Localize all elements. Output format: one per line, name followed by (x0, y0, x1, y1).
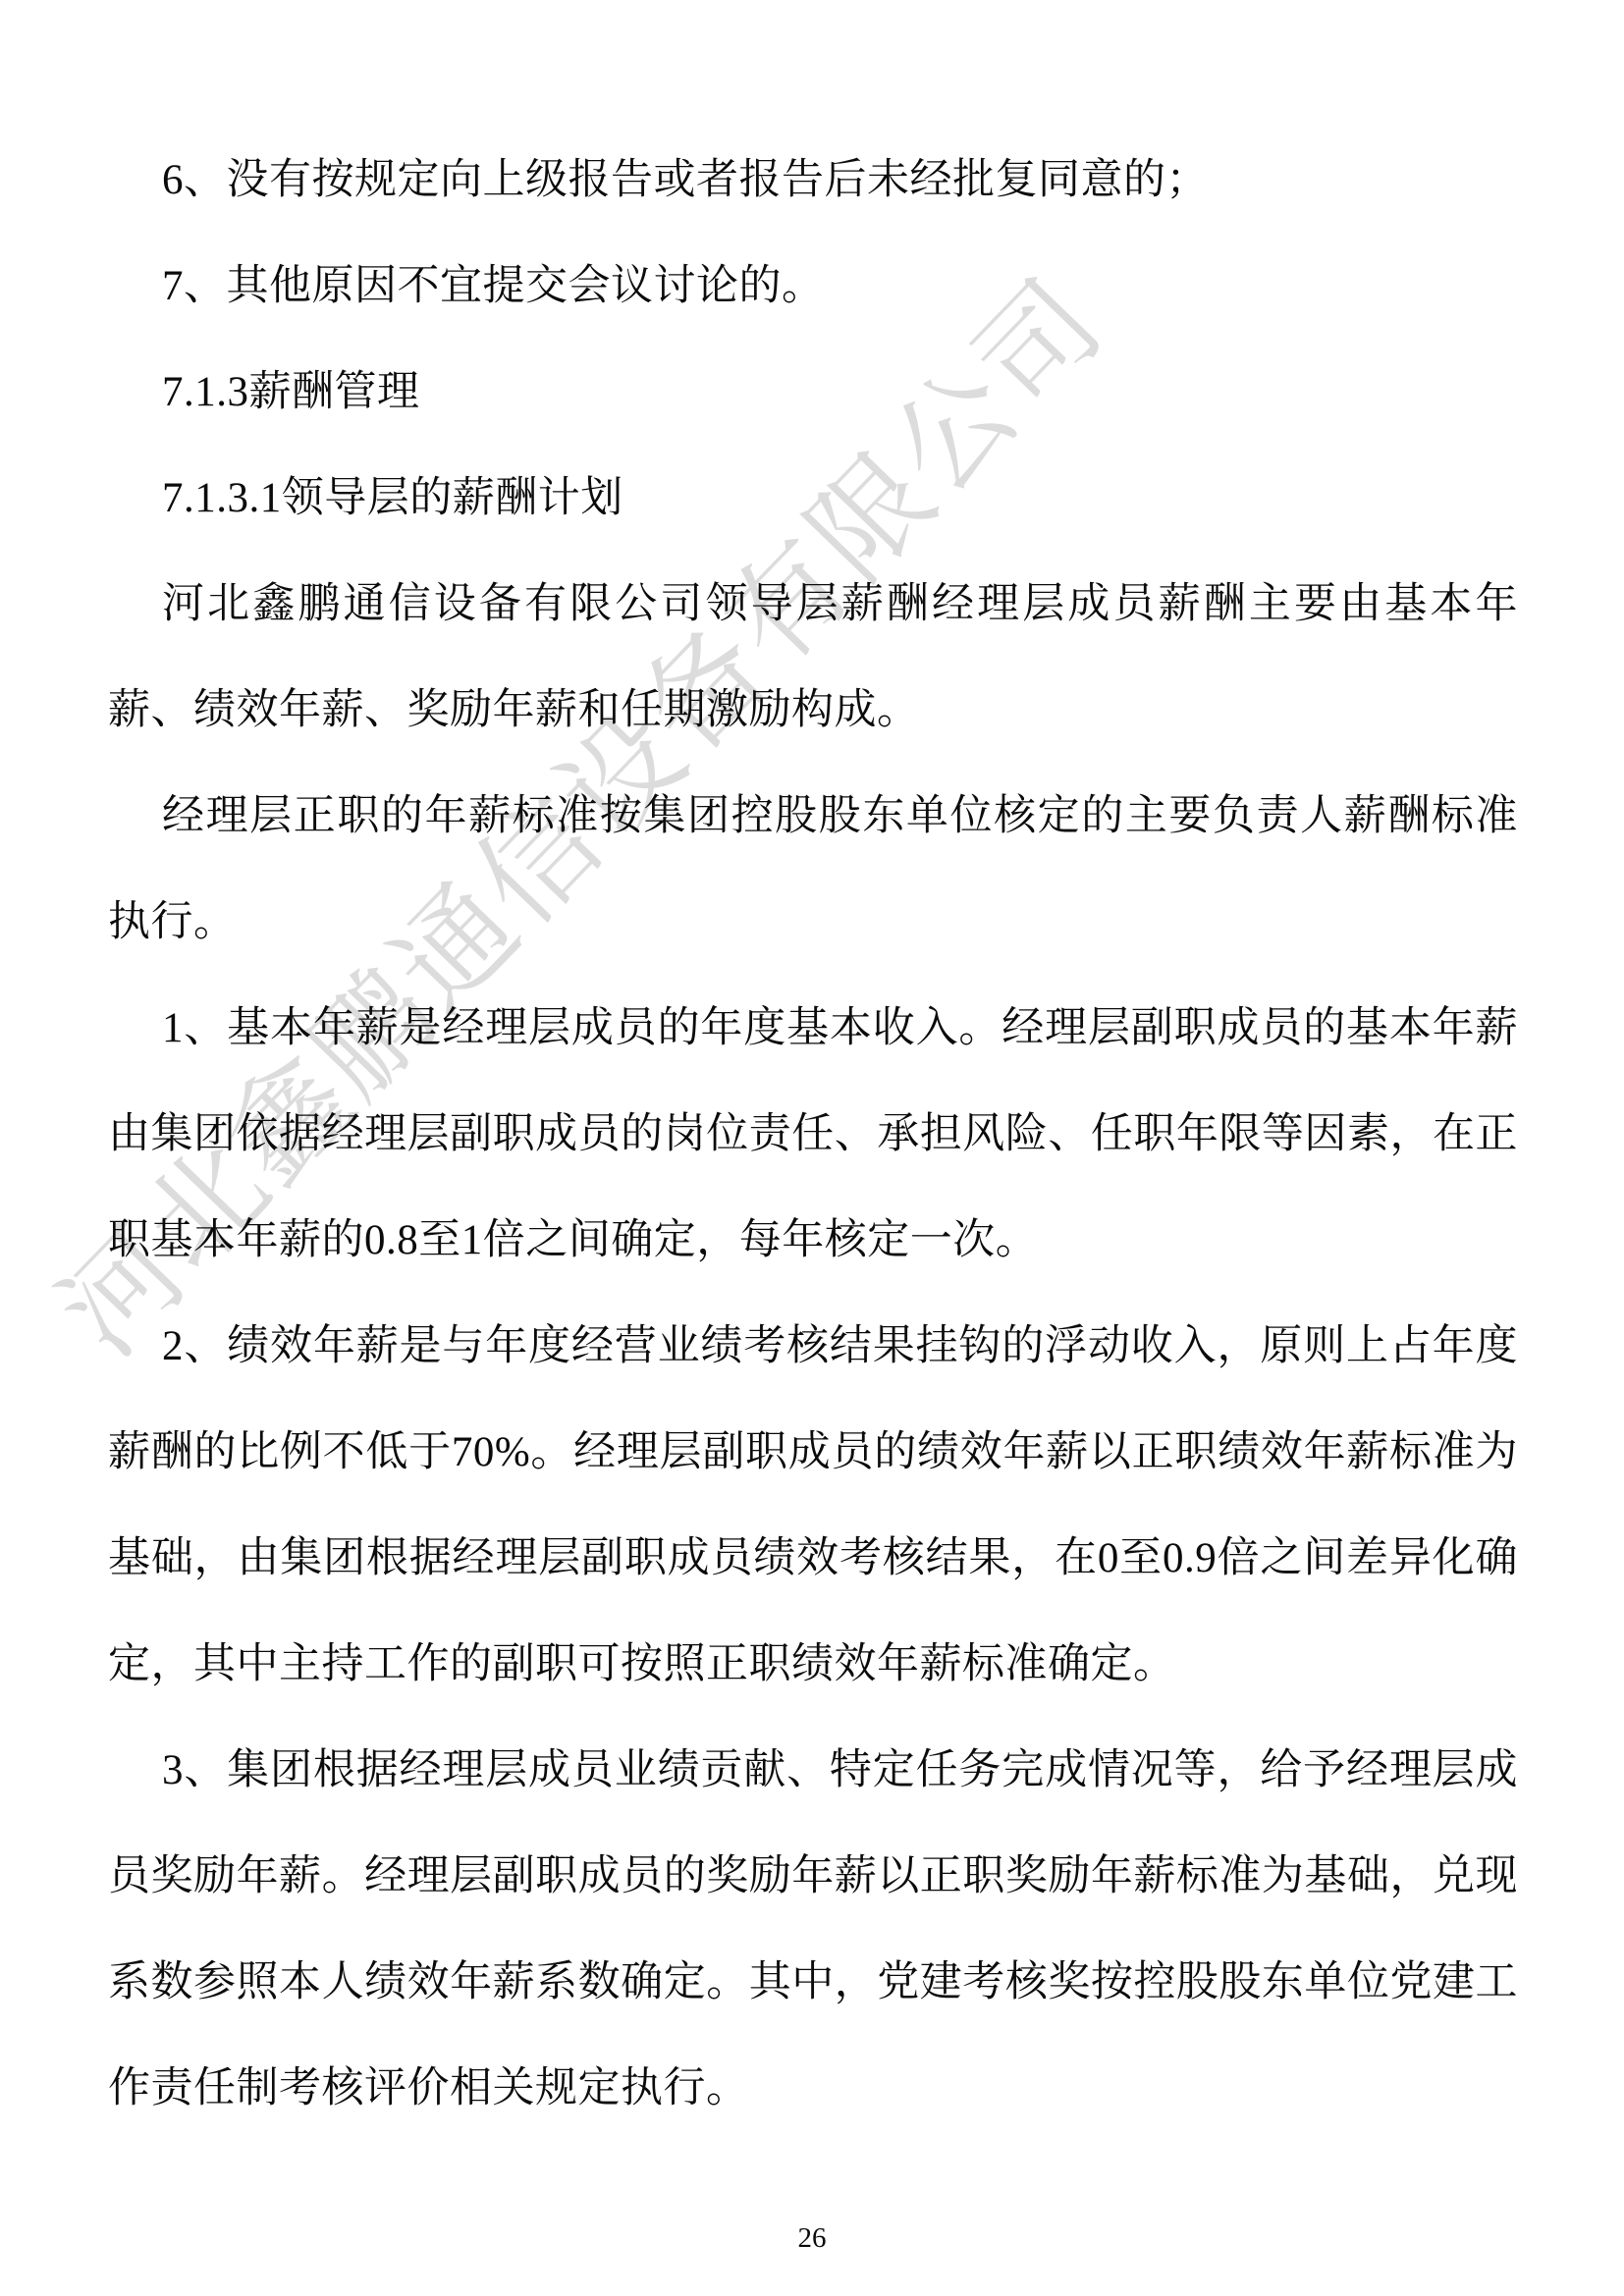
page-number: 26 (0, 2220, 1624, 2256)
list-item-7: 7、其他原因不宜提交会议讨论的。 (108, 234, 1518, 340)
paragraph-principal-salary-standard: 经理层正职的年薪标准按集团控股股东单位核定的主要负责人薪酬标准执行。 (108, 764, 1518, 976)
paragraph-salary-composition: 河北鑫鹏通信设备有限公司领导层薪酬经理层成员薪酬主要由基本年薪、绩效年薪、奖励年… (108, 552, 1518, 764)
list-item-6: 6、没有按规定向上级报告或者报告后未经批复同意的； (108, 128, 1518, 234)
section-heading-7-1-3: 7.1.3薪酬管理 (108, 340, 1518, 446)
paragraph-basic-annual-salary: 1、基本年薪是经理层成员的年度基本收入。经理层副职成员的基本年薪由集团依据经理层… (108, 976, 1518, 1294)
section-heading-7-1-3-1: 7.1.3.1领导层的薪酬计划 (108, 446, 1518, 552)
document-page: 河北鑫鹏通信设备有限公司 6、没有按规定向上级报告或者报告后未经批复同意的； 7… (0, 0, 1624, 2296)
document-body: 6、没有按规定向上级报告或者报告后未经批复同意的； 7、其他原因不宜提交会议讨论… (108, 128, 1518, 2142)
paragraph-performance-annual-salary: 2、绩效年薪是与年度经营业绩考核结果挂钩的浮动收入，原则上占年度薪酬的比例不低于… (108, 1294, 1518, 1718)
paragraph-bonus-annual-salary: 3、集团根据经理层成员业绩贡献、特定任务完成情况等，给予经理层成员奖励年薪。经理… (108, 1718, 1518, 2142)
